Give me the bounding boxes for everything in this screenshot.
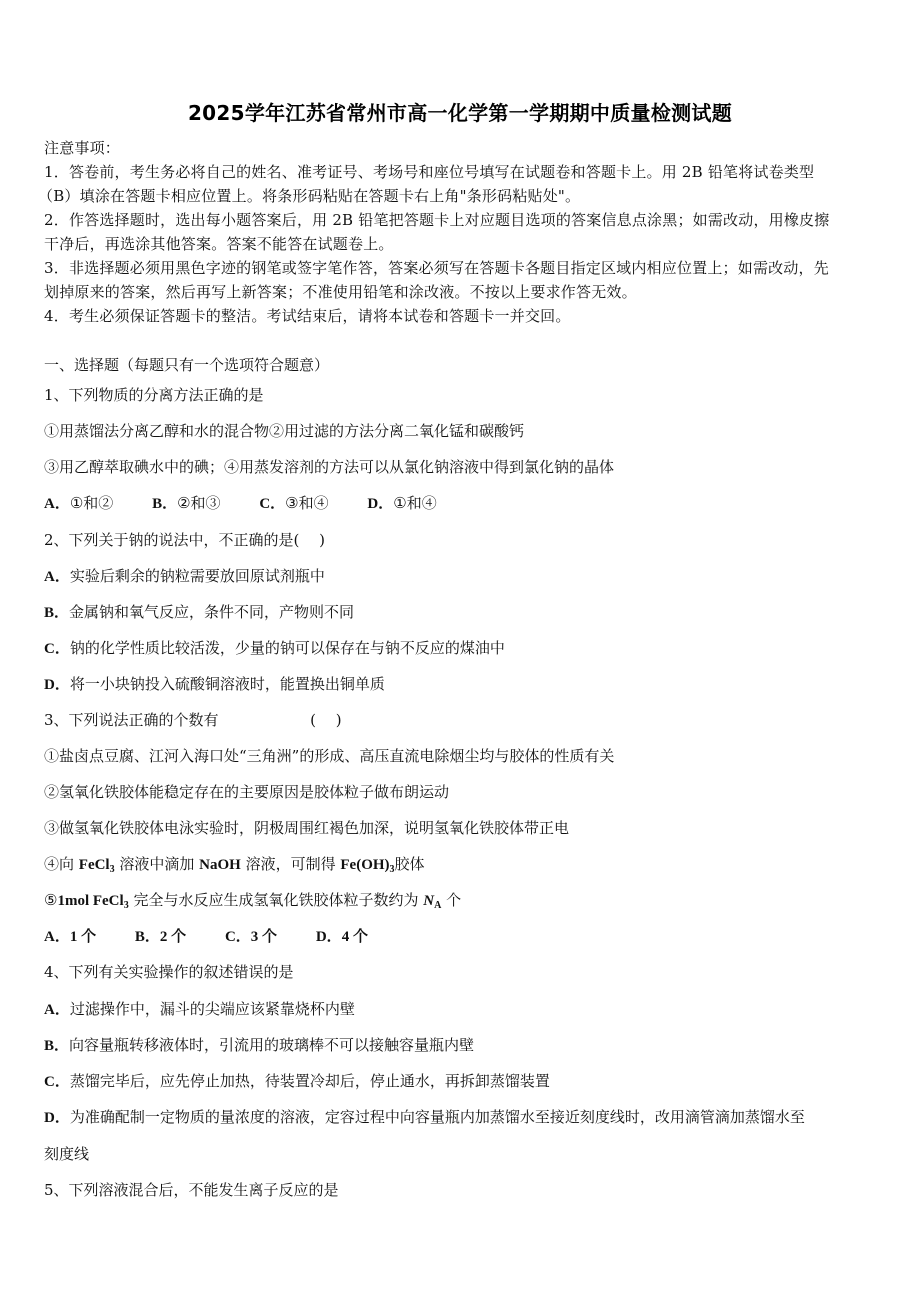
exam-page: 2025学年江苏省常州市高一化学第一学期期中质量检测试题 注意事项： 1．答卷前… (0, 0, 920, 1302)
notice-line: 划掉原来的答案，然后再写上新答案；不准使用铅笔和涂改液。不按以上要求作答无效。 (44, 282, 637, 302)
notice-line: 干净后，再选涂其他答案。答案不能答在试题卷上。 (44, 234, 394, 254)
option-c[interactable]: C．钠的化学性质比较活泼，少量的钠可以保存在与钠不反应的煤油中 (44, 638, 505, 659)
option-b[interactable]: B．金属钠和氧气反应，条件不同，产物则不同 (44, 602, 354, 623)
question-statement: ③做氢氧化铁胶体电泳实验时，阴极周围红褐色加深，说明氢氧化铁胶体带正电 (44, 818, 569, 838)
notice-line: （B）填涂在答题卡相应位置上。将条形码粘贴在答题卡右上角"条形码粘贴处"。 (38, 186, 580, 206)
question-stem: 3、下列说法正确的个数有 ( ) (44, 710, 342, 730)
question-stem: 4、下列有关实验操作的叙述错误的是 (44, 962, 294, 982)
section-heading: 一、选择题（每题只有一个选项符合题意） (44, 355, 329, 375)
option-a[interactable]: A．1 个 (44, 927, 96, 945)
option-b[interactable]: B．向容量瓶转移液体时，引流用的玻璃棒不可以接触容量瓶内壁 (44, 1035, 474, 1056)
answer-paren: ( ) (310, 711, 341, 729)
option-c[interactable]: C．蒸馏完毕后，应先停止加热，待装置冷却后，停止通水，再拆卸蒸馏装置 (44, 1071, 550, 1092)
page-title: 2025学年江苏省常州市高一化学第一学期期中质量检测试题 (0, 97, 920, 126)
question-stem: 2、下列关于钠的说法中，不正确的是( ) (44, 530, 325, 550)
option-d-continuation: 刻度线 (44, 1144, 89, 1164)
notice-line: 2．作答选择题时，选出每小题答案后，用 2B 铅笔把答题卡上对应题目选项的答案信… (44, 210, 829, 230)
question-statement: ③用乙醇萃取碘水中的碘；④用蒸发溶剂的方法可以从氯化钠溶液中得到氯化钠的晶体 (44, 457, 614, 477)
option-b[interactable]: B．②和③ (152, 494, 220, 512)
option-d[interactable]: D．将一小块钠投入硫酸铜溶液时，能置换出铜单质 (44, 674, 385, 695)
question-statement: ①用蒸馏法分离乙醇和水的混合物②用过滤的方法分离二氧化锰和碳酸钙 (44, 421, 524, 441)
option-d[interactable]: D．为准确配制一定物质的量浓度的溶液，定容过程中向容量瓶内加蒸馏水至接近刻度线时… (44, 1107, 805, 1128)
question-statement: ⑤1mol FeCl3 完全与水反应生成氢氧化铁胶体粒子数约为 NA 个 (44, 890, 461, 911)
question-statement: ①盐卤点豆腐、江河入海口处“三角洲”的形成、高压直流电除烟尘均与胶体的性质有关 (44, 746, 614, 766)
option-c[interactable]: C．③和④ (259, 494, 328, 512)
notice-line: 4．考生必须保证答题卡的整洁。考试结束后，请将本试卷和答题卡一并交回。 (44, 306, 571, 326)
notice-line: 1．答卷前，考生务必将自己的姓名、准考证号、考场号和座位号填写在试题卷和答题卡上… (44, 162, 814, 182)
option-a[interactable]: A．实验后剩余的钠粒需要放回原试剂瓶中 (44, 566, 325, 587)
notice-line: 3．非选择题必须用黑色字迹的钢笔或签字笔作答，答案必须写在答题卡各题目指定区域内… (44, 258, 829, 278)
options-row: A．1 个 B．2 个 C．3 个 D．4 个 (44, 926, 402, 947)
question-stem: 5、下列溶液混合后，不能发生离子反应的是 (44, 1180, 339, 1200)
option-a[interactable]: A．①和② (44, 494, 113, 512)
question-statement: ②氢氧化铁胶体能稳定存在的主要原因是胶体粒子做布朗运动 (44, 782, 449, 802)
option-b[interactable]: B．2 个 (135, 927, 186, 945)
option-d[interactable]: D．4 个 (316, 927, 368, 945)
notice-heading: 注意事项： (44, 138, 120, 158)
options-row: A．①和② B．②和③ C．③和④ D．①和④ (44, 493, 471, 514)
question-stem: 1、下列物质的分离方法正确的是 (44, 385, 264, 405)
option-c[interactable]: C．3 个 (225, 927, 277, 945)
option-a[interactable]: A．过滤操作中，漏斗的尖端应该紧靠烧杯内壁 (44, 999, 355, 1020)
option-d[interactable]: D．①和④ (367, 494, 436, 512)
question-statement: ④向 FeCl3 溶液中滴加 NaOH 溶液，可制得 Fe(OH)3胶体 (44, 854, 425, 875)
